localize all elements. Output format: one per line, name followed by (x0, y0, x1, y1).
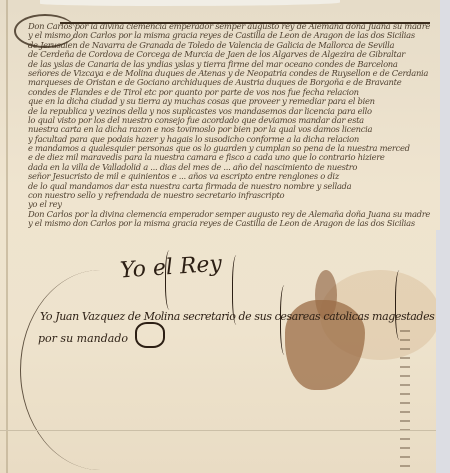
endorsement-marks (400, 330, 410, 470)
torn-edge (40, 0, 340, 6)
manuscript-page: Don Carlos por la divina clemencia emper… (0, 0, 440, 473)
fold-line (0, 430, 440, 431)
attestation-line: Yo Juan Vazquez de Molina secretario de … (40, 310, 450, 323)
text-line: con nuestro sello y refrendada de nuestr… (28, 191, 436, 200)
decorative-loop (20, 270, 181, 470)
torn-right-edge (436, 230, 450, 473)
signature-stroke (165, 250, 176, 310)
binding-edge (6, 0, 8, 473)
main-text-block: Don Carlos por la divina clemencia emper… (28, 22, 436, 234)
attestation-line: por su mandado (38, 332, 128, 345)
text-line: y el mismo don Carlos por la misma graci… (28, 219, 436, 228)
rubric-mark (135, 322, 165, 348)
